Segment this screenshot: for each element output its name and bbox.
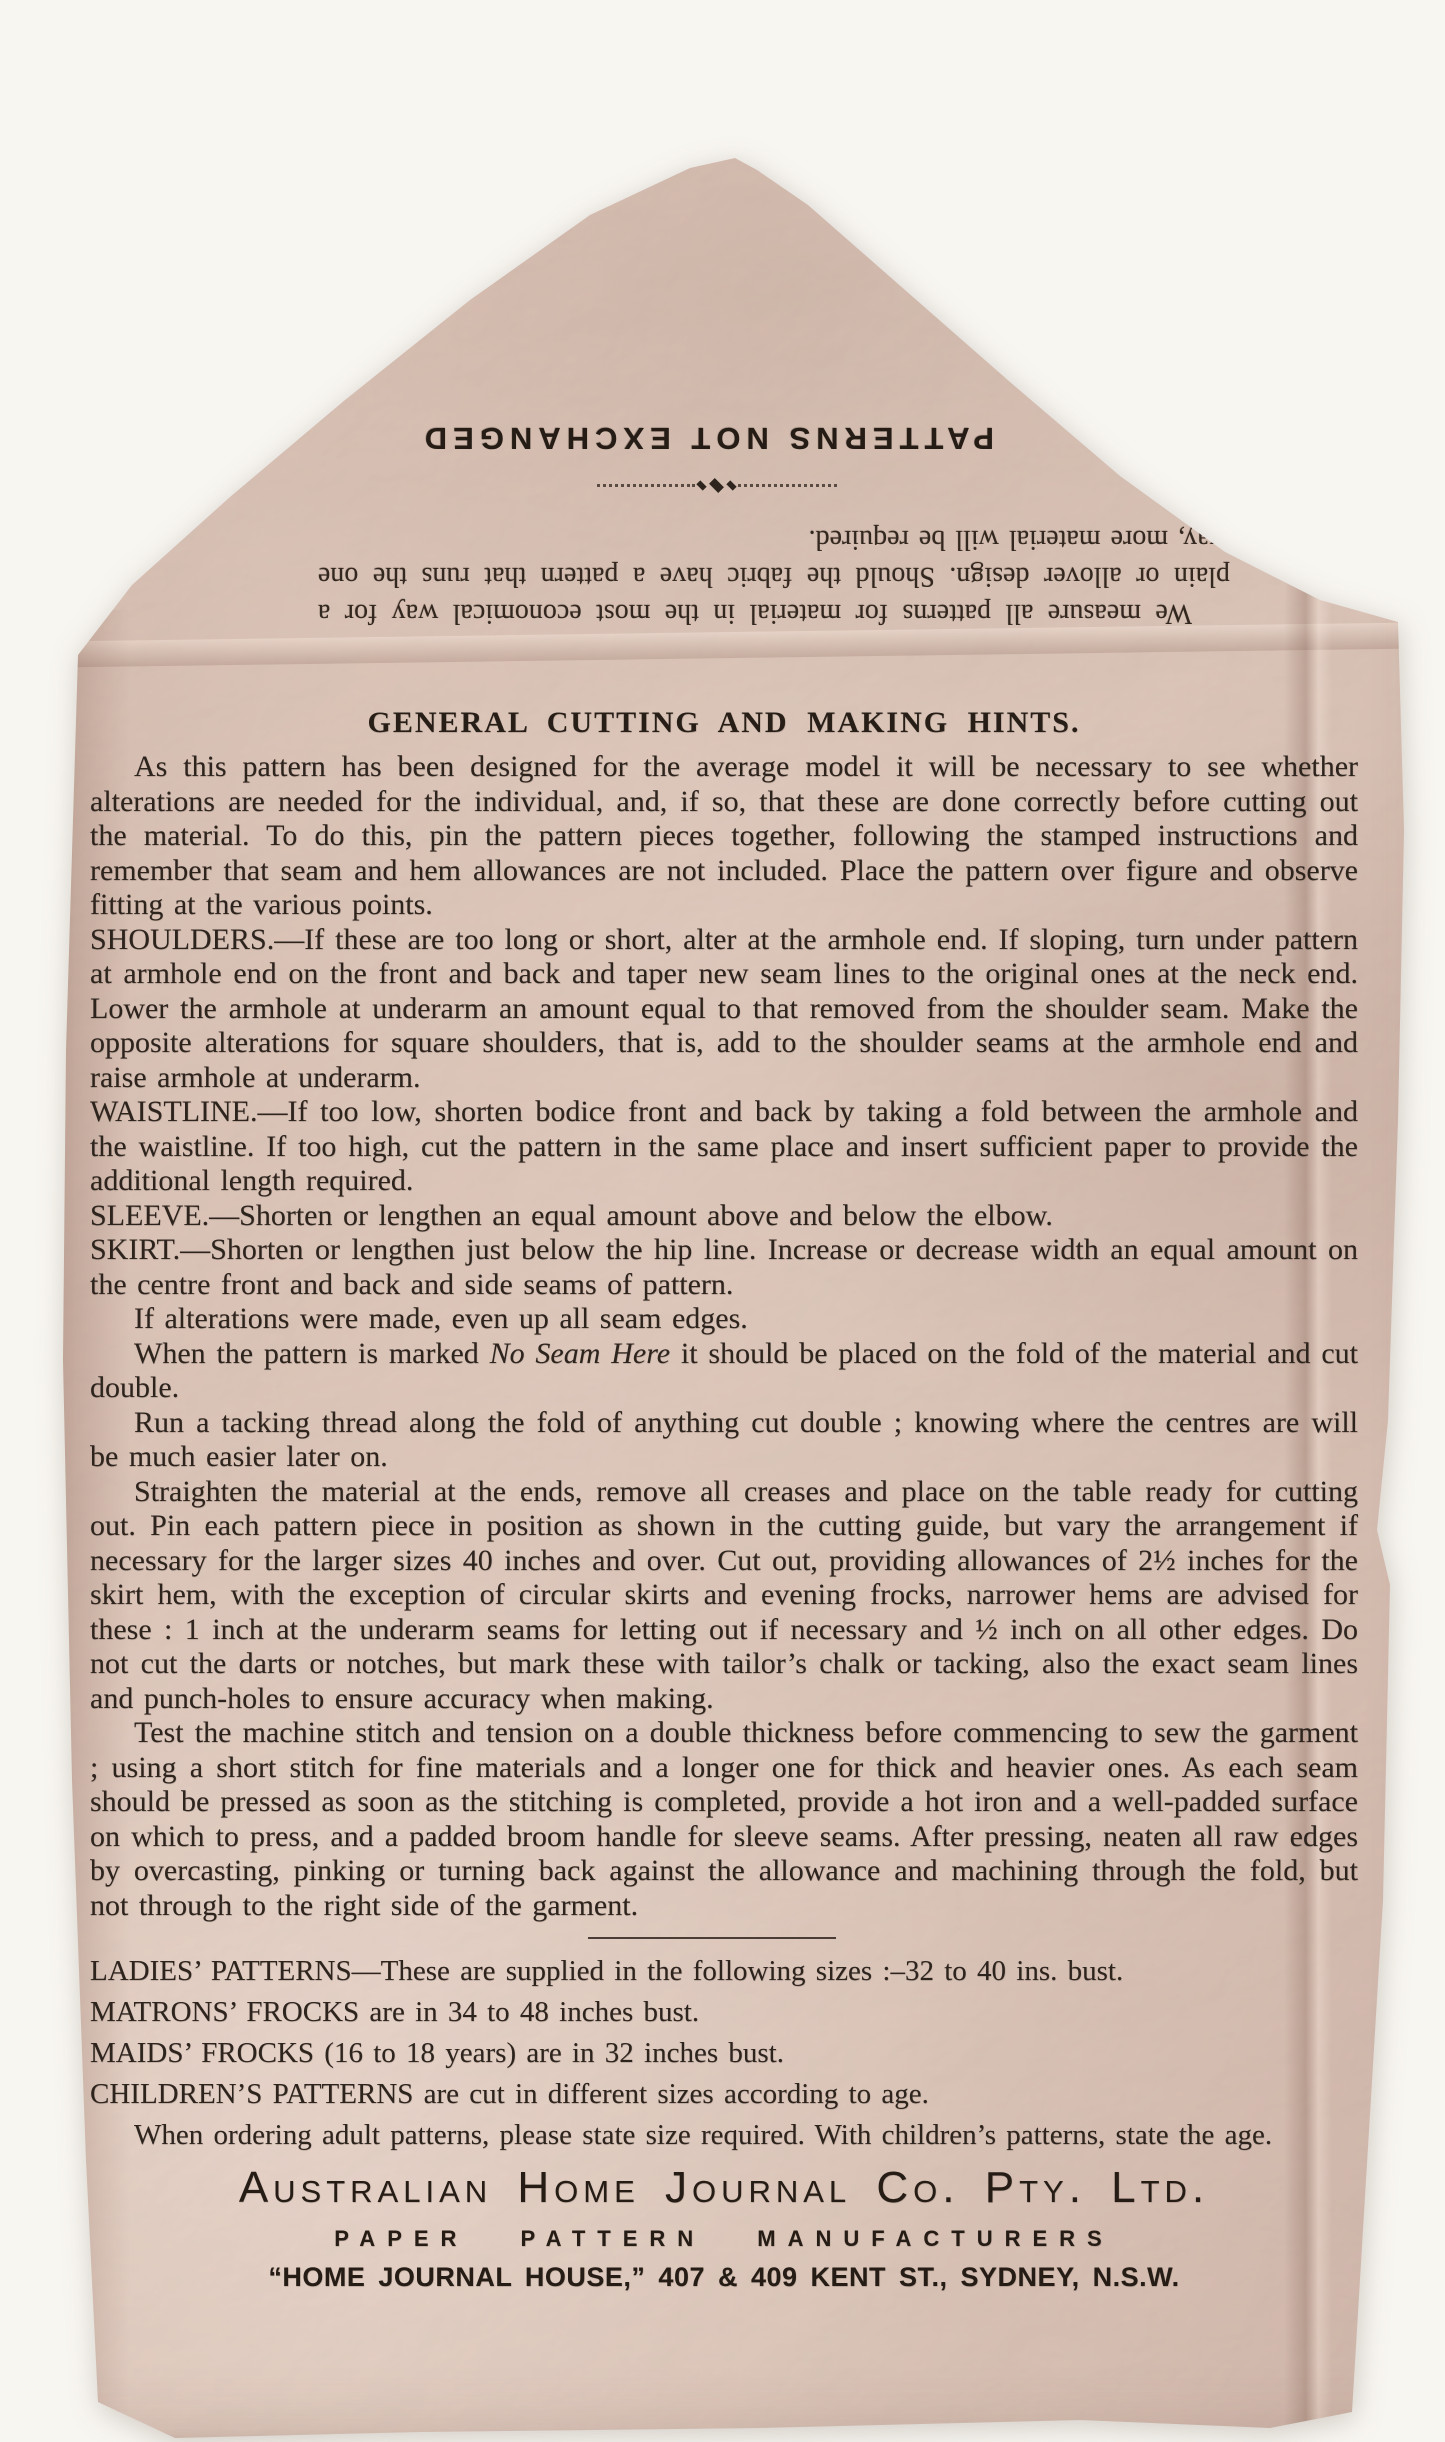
divider-diamond-icon [710, 478, 725, 493]
sizes-maids: MAIDS’ FROCKS (16 to 18 years) are in 32… [90, 2033, 1358, 2074]
flap-measure-notice: We measure all patterns for material in … [318, 521, 1230, 640]
pattern-envelope-back: We measure all patterns for material in … [0, 0, 1445, 2442]
para-alterations: If alterations were made, even up all se… [90, 1302, 1358, 1337]
para-skirt: SKIRT.—Shorten or lengthen just below th… [90, 1233, 1358, 1302]
para-tacking: Run a tacking thread along the fold of a… [90, 1406, 1358, 1475]
company-address: “HOME JOURNAL HOUSE,” 407 & 409 KENT ST.… [90, 2260, 1358, 2294]
divider-dots-right [597, 484, 696, 487]
scan-background: { "colors": { "background": "#f8f6f1", "… [0, 0, 1445, 2442]
hints-title: GENERAL CUTTING AND MAKING HINTS. [90, 706, 1358, 740]
para-no-seam: When the pattern is marked No Seam Here … [90, 1337, 1358, 1406]
hints-panel: GENERAL CUTTING AND MAKING HINTS. As thi… [90, 700, 1358, 2294]
divider-diamond-icon [697, 480, 707, 490]
company-name: Australian Home Journal Co. Pty. Ltd. [90, 2160, 1358, 2216]
envelope-wrapper: We measure all patterns for material in … [0, 0, 1445, 2442]
patterns-not-exchanged-stamp: PATTERNS NOT EXCHANGED [419, 420, 994, 456]
para-waistline: WAISTLINE.—If too low, shorten bodice fr… [90, 1095, 1358, 1199]
section-divider-rule [588, 1937, 836, 1939]
divider-diamond-icon [727, 480, 737, 490]
para-intro: As this pattern has been designed for th… [90, 750, 1358, 923]
para-machine: Test the machine stitch and tension on a… [90, 1716, 1358, 1923]
sizes-ordering: When ordering adult patterns, please sta… [90, 2115, 1358, 2156]
sizes-ladies: LADIES’ PATTERNS—These are supplied in t… [90, 1951, 1358, 1992]
flap-rotated-block: We measure all patterns for material in … [318, 350, 1230, 640]
para-sleeve: SLEEVE.—Shorten or lengthen an equal amo… [90, 1199, 1358, 1234]
para-shoulders: SHOULDERS.—If these are too long or shor… [90, 923, 1358, 1096]
sizes-children: CHILDREN’S PATTERNS are cut in different… [90, 2074, 1358, 2115]
sizes-matrons: MATRONS’ FROCKS are in 34 to 48 inches b… [90, 1992, 1358, 2033]
company-tagline: PAPER PATTERN MANUFACTURERS [90, 2226, 1358, 2252]
publisher-footer: Australian Home Journal Co. Pty. Ltd. PA… [90, 2160, 1358, 2294]
sizes-section: LADIES’ PATTERNS—These are supplied in t… [90, 1951, 1358, 2156]
para-cutting: Straighten the material at the ends, rem… [90, 1475, 1358, 1717]
hints-paragraphs: As this pattern has been designed for th… [90, 750, 1358, 1923]
divider-dots-left [739, 484, 838, 487]
flap-divider-ornament [597, 479, 837, 492]
